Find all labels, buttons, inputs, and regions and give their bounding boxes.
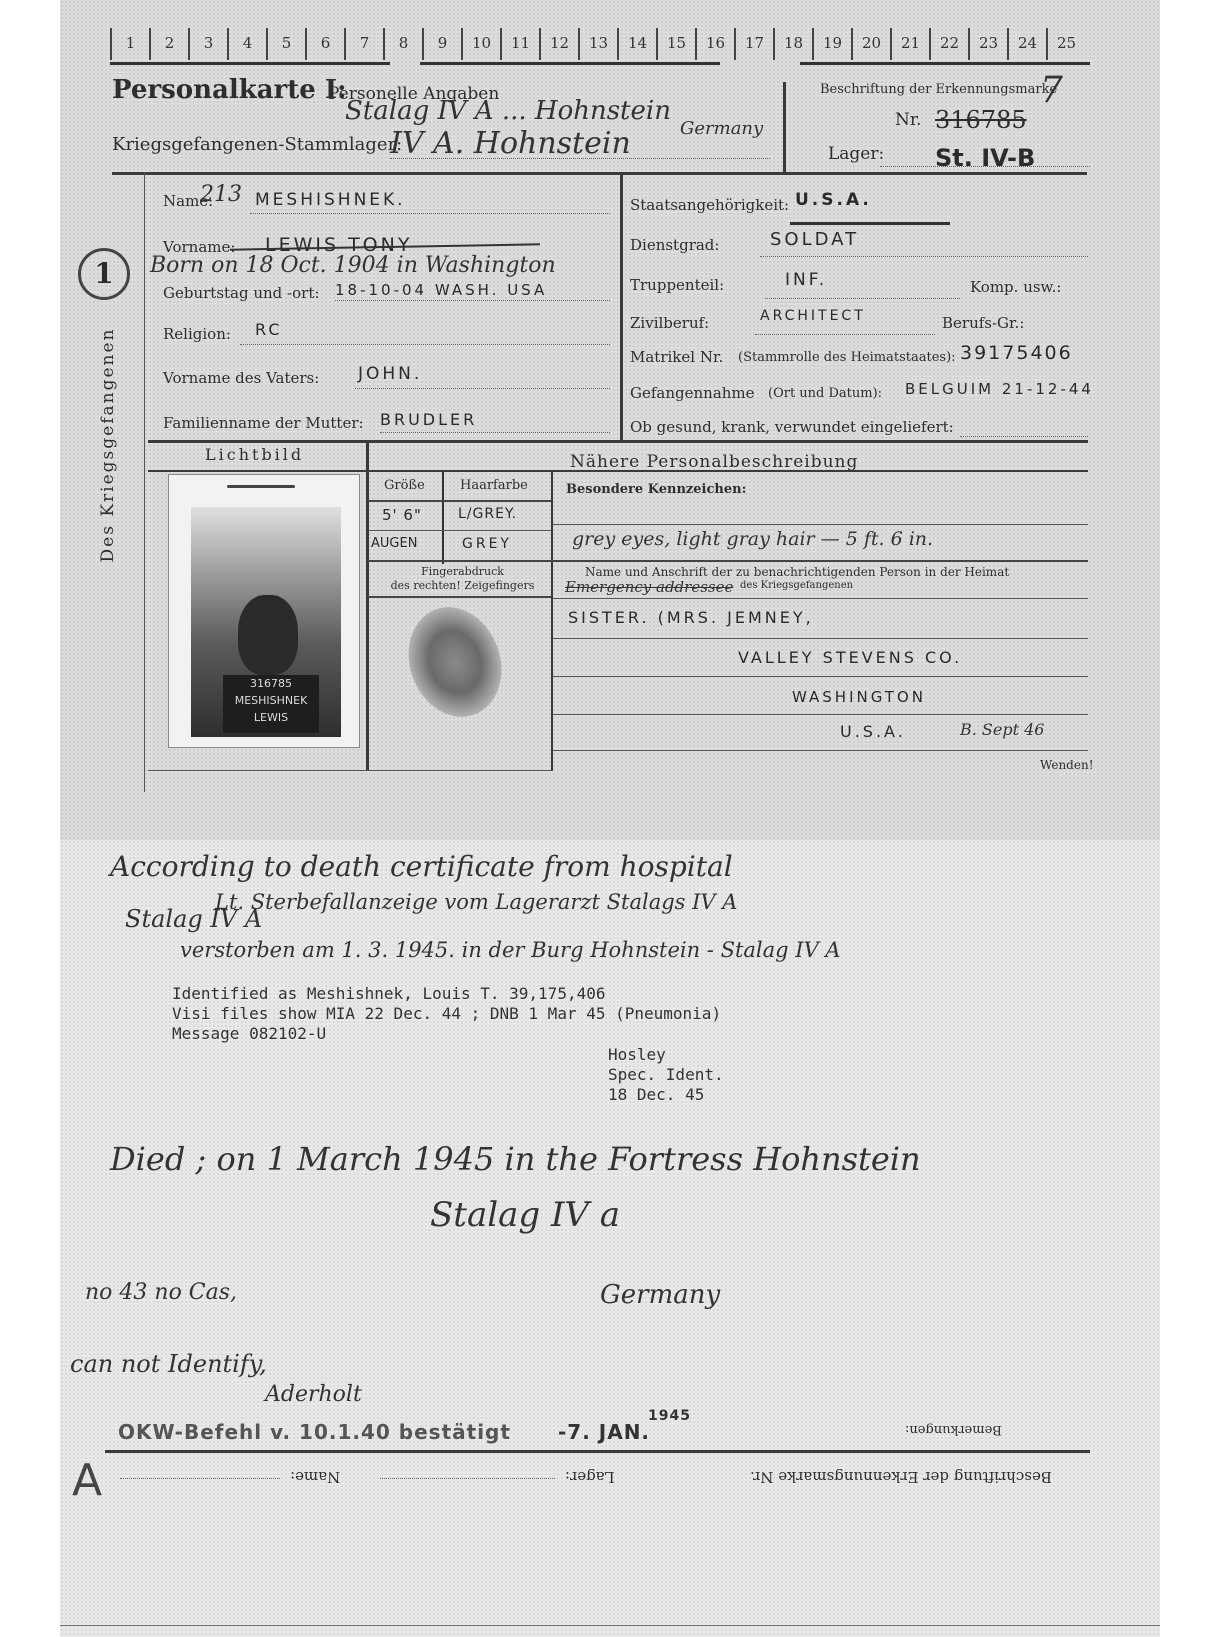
augen-label: AUGEN (371, 536, 417, 551)
name-prefix: 213 (200, 182, 242, 207)
vater-label: Vorname des Vaters: (163, 369, 319, 387)
stalag-iva-note: Stalag IV a (430, 1195, 620, 1235)
prisoner-photo: 316785 MESHISHNEK LEWIS (168, 474, 360, 748)
ruler-tick: 19 (812, 28, 851, 60)
dienstgrad-label: Dienstgrad: (630, 236, 719, 254)
photo-header: Lichtbild (205, 445, 304, 464)
groesse-value: 5' 6" (382, 506, 422, 524)
photo-placard: 316785 MESHISHNEK LEWIS (223, 675, 319, 733)
dienstgrad-value: SOLDAT (770, 229, 859, 250)
sterbefall-note: Lt. Sterbefallanzeige vom Lagerarzt Stal… (215, 890, 737, 914)
ruler-tick: 13 (578, 28, 617, 60)
gefangen-label: Gefangennahme (630, 384, 755, 402)
ruler-tick: 23 (968, 28, 1007, 60)
ruler-tick: 24 (1007, 28, 1046, 60)
ruler-line (800, 62, 1090, 65)
portrait (238, 595, 298, 675)
typed-identification: Identified as Meshishnek, Louis T. 39,17… (172, 984, 721, 1044)
ruler-tick: 2 (149, 28, 188, 60)
ruler-tick: 12 (539, 28, 578, 60)
identify-note: can not Identify, (70, 1350, 267, 1378)
okw-stamp: OKW-Befehl v. 10.1.40 bestätigt (118, 1420, 511, 1444)
mutter-label: Familienname der Mutter: (163, 414, 364, 432)
header-divider (112, 172, 1087, 175)
zivilberuf-value: ARCHITECT (760, 308, 866, 324)
truppenteil-label: Truppenteil: (630, 276, 724, 294)
ruler-line (110, 62, 390, 65)
geburt-label: Geburtstag und -ort: (163, 284, 319, 302)
ruler-tick: 20 (851, 28, 890, 60)
death-cert-note: According to death certificate from hosp… (110, 850, 733, 883)
notify-struck-note: Emergency addressee (565, 578, 733, 596)
handwritten-camp-note: Stalag IV A ... Hohnstein (345, 96, 671, 126)
ruler-tick: 21 (890, 28, 929, 60)
ruler-tick: 4 (227, 28, 266, 60)
flip-name-label: Name: (290, 1468, 340, 1486)
notify-line-1: SISTER. (MRS. JEMNEY, (568, 608, 814, 627)
flip-lager-label: Lager: (565, 1468, 615, 1486)
camp-value: IV A. Hohnstein (390, 126, 631, 161)
ruler-tick: 9 (422, 28, 461, 60)
zivilberuf-label: Zivilberuf: (630, 314, 709, 332)
card-title: Personalkarte I: (112, 75, 347, 105)
ruler-tick: 7 (344, 28, 383, 60)
ruler-tick: 5 (266, 28, 305, 60)
handwritten-germany-note: Germany (680, 118, 763, 139)
gesund-label: Ob gesund, krank, verwundet eingeliefert… (630, 418, 954, 436)
tab-ruler: 1234567891011121314151617181920212223242… (110, 28, 1085, 60)
stamp-date: -7. JAN. (558, 1420, 650, 1444)
notify-sublabel: des Kriegsgefangenen (740, 580, 853, 591)
gefangen-value: BELGUIM 21-12-44 (905, 380, 1094, 398)
kennzeichen-label: Besondere Kennzeichen: (566, 482, 746, 497)
finger-label: Fingerabdruck des rechten! Zeigefingers (380, 565, 545, 593)
mutter-value: BRUDLER (380, 410, 477, 429)
matrikel-value: 39175406 (960, 342, 1073, 364)
stalag-note: Stalag IV A (125, 905, 262, 933)
groesse-label: Größe (384, 478, 425, 493)
signature: Aderholt (265, 1382, 362, 1407)
kennzeichen-value: grey eyes, light gray hair — 5 ft. 6 in. (572, 528, 933, 550)
vertical-label: Des Kriegsgefangenen (98, 315, 118, 575)
camp-label: Kriegsgefangenen-Stammlager: (112, 134, 402, 155)
stamp-year: 1945 (648, 1408, 691, 1424)
religion-value: RC (255, 320, 283, 339)
notify-line-2: VALLEY STEVENS CO. (738, 648, 962, 667)
staat-value: U.S.A. (795, 190, 872, 210)
komp-label: Komp. usw.: (970, 278, 1061, 296)
bemerkungen-label: Bemerkungen: (905, 1422, 1002, 1437)
vater-value: JOHN. (358, 364, 422, 384)
ruler-tick: 22 (929, 28, 968, 60)
corner-letter: A (72, 1455, 102, 1506)
ruler-tick: 25 (1046, 28, 1085, 60)
notify-line-4: U.S.A. (840, 722, 906, 741)
notify-label: Name und Anschrift der zu benachrichtige… (585, 565, 1009, 579)
haar-value: L/GREY. (458, 506, 517, 522)
ruler-tick: 18 (773, 28, 812, 60)
cas-note: no 43 no Cas, (85, 1280, 237, 1305)
description-header: Nähere Personalbeschreibung (570, 452, 858, 472)
ruler-tick: 10 (461, 28, 500, 60)
corner-mark: 7 (1040, 70, 1063, 111)
ruler-tick: 6 (305, 28, 344, 60)
truppenteil-value: INF. (785, 270, 827, 290)
germany-note: Germany (600, 1280, 720, 1310)
geburt-value: 18-10-04 WASH. USA (335, 281, 547, 299)
ruler-tick: 14 (617, 28, 656, 60)
staat-label: Staatsangehörigkeit: (630, 196, 789, 214)
tag-nr-value: 316785 (935, 106, 1027, 134)
berufs-label: Berufs-Gr.: (942, 314, 1024, 332)
haar-label: Haarfarbe (460, 478, 528, 493)
born-note: Born on 18 Oct. 1904 in Washington (150, 253, 556, 278)
ruler-tick: 17 (734, 28, 773, 60)
name-value: MESHISHNEK. (255, 190, 406, 210)
section-number-badge: 1 (78, 248, 130, 300)
matrikel-label: Matrikel Nr. (630, 348, 723, 366)
tag-nr-label: Nr. (895, 110, 922, 130)
ruler-tick: 11 (500, 28, 539, 60)
verstorben-note: verstorben am 1. 3. 1945. in der Burg Ho… (180, 938, 841, 962)
ruler-line (420, 62, 720, 65)
ruler-tick: 8 (383, 28, 422, 60)
ruler-tick: 1 (110, 28, 149, 60)
gefangen-sublabel: (Ort und Datum): (768, 386, 882, 401)
ruler-tick: 15 (656, 28, 695, 60)
died-note: Died ; on 1 March 1945 in the Fortress H… (110, 1140, 921, 1178)
tag-lager-label: Lager: (828, 144, 884, 164)
augen-value: GREY (462, 536, 512, 552)
matrikel-sublabel: (Stammrolle des Heimatstaates): (738, 350, 956, 365)
initials-note: B. Sept 46 (960, 720, 1044, 739)
tag-label: Beschriftung der Erkennungsmarke (820, 82, 1057, 97)
ruler-tick: 3 (188, 28, 227, 60)
underline-mark (790, 222, 950, 225)
tag-lager-value: St. IV-B (935, 144, 1035, 172)
notify-line-3: WASHINGTON (792, 688, 926, 706)
religion-label: Religion: (163, 325, 231, 343)
ruler-tick: 16 (695, 28, 734, 60)
typed-signature: Hosley Spec. Ident. 18 Dec. 45 (608, 1045, 724, 1105)
wenden-label: Wenden! (1040, 758, 1094, 772)
flip-tag-label: Beschriftung der Erkennungsmarke Nr. (750, 1468, 1052, 1486)
